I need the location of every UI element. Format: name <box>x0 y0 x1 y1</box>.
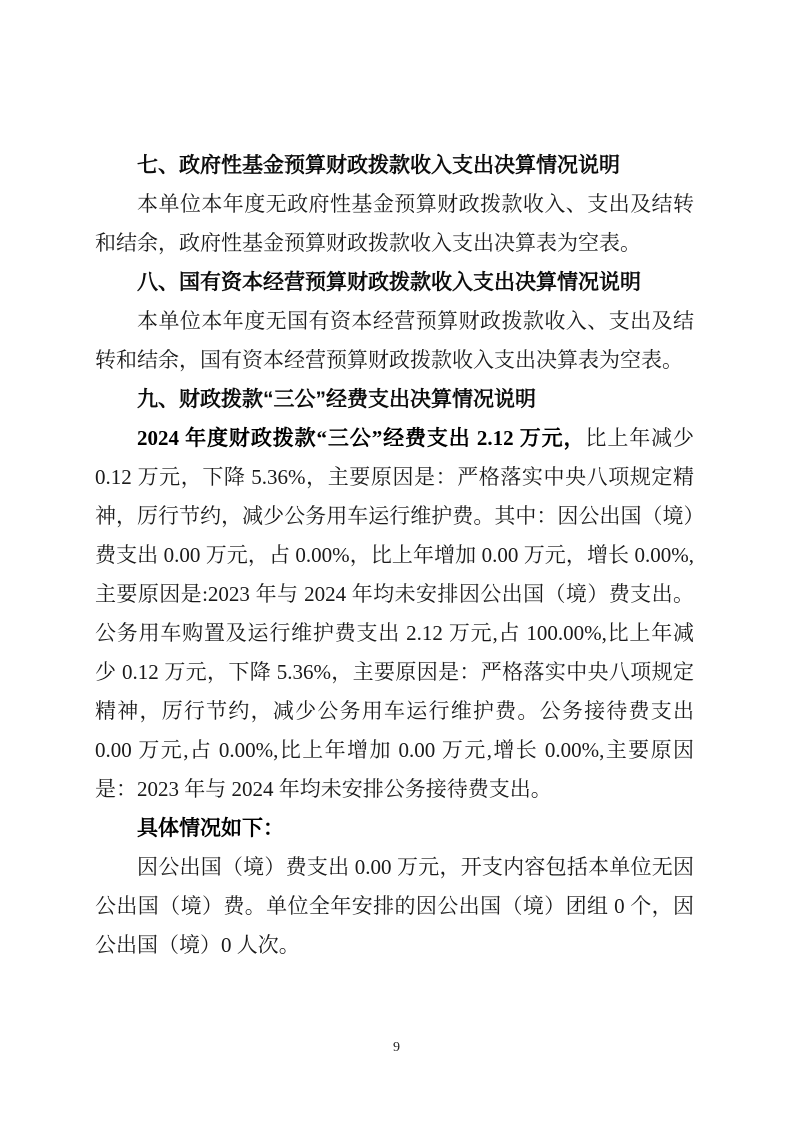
three-public-expense-total-bold: 2024 年度财政拨款“三公”经费支出 2.12 万元， <box>137 426 585 450</box>
section-7-heading: 七、政府性基金预算财政拨款收入支出决算情况说明 <box>95 146 694 185</box>
section-8-paragraph: 本单位本年度无国有资本经营预算财政拨款收入、支出及结转和结余，国有资本经营预算财… <box>95 302 694 380</box>
three-public-expense-explanation: 比上年减少 0.12 万元，下降 5.36%，主要原因是：严格落实中央八项规定精… <box>95 426 694 801</box>
page-number: 9 <box>0 1038 793 1058</box>
document-content: 七、政府性基金预算财政拨款收入支出决算情况说明 本单位本年度无政府性基金预算财政… <box>95 146 694 965</box>
details-subheading: 具体情况如下： <box>95 809 694 848</box>
section-7-paragraph: 本单位本年度无政府性基金预算财政拨款收入、支出及结转和结余，政府性基金预算财政拨… <box>95 185 694 263</box>
abroad-expense-detail-paragraph: 因公出国（境）费支出 0.00 万元，开支内容包括本单位无因公出国（境）费。单位… <box>95 848 694 965</box>
section-9-heading: 九、财政拨款“三公”经费支出决算情况说明 <box>95 380 694 419</box>
section-8-heading: 八、国有资本经营预算财政拨款收入支出决算情况说明 <box>95 263 694 302</box>
document-page: 七、政府性基金预算财政拨款收入支出决算情况说明 本单位本年度无政府性基金预算财政… <box>0 0 793 1122</box>
section-9-lead-paragraph: 2024 年度财政拨款“三公”经费支出 2.12 万元，比上年减少 0.12 万… <box>95 419 694 809</box>
